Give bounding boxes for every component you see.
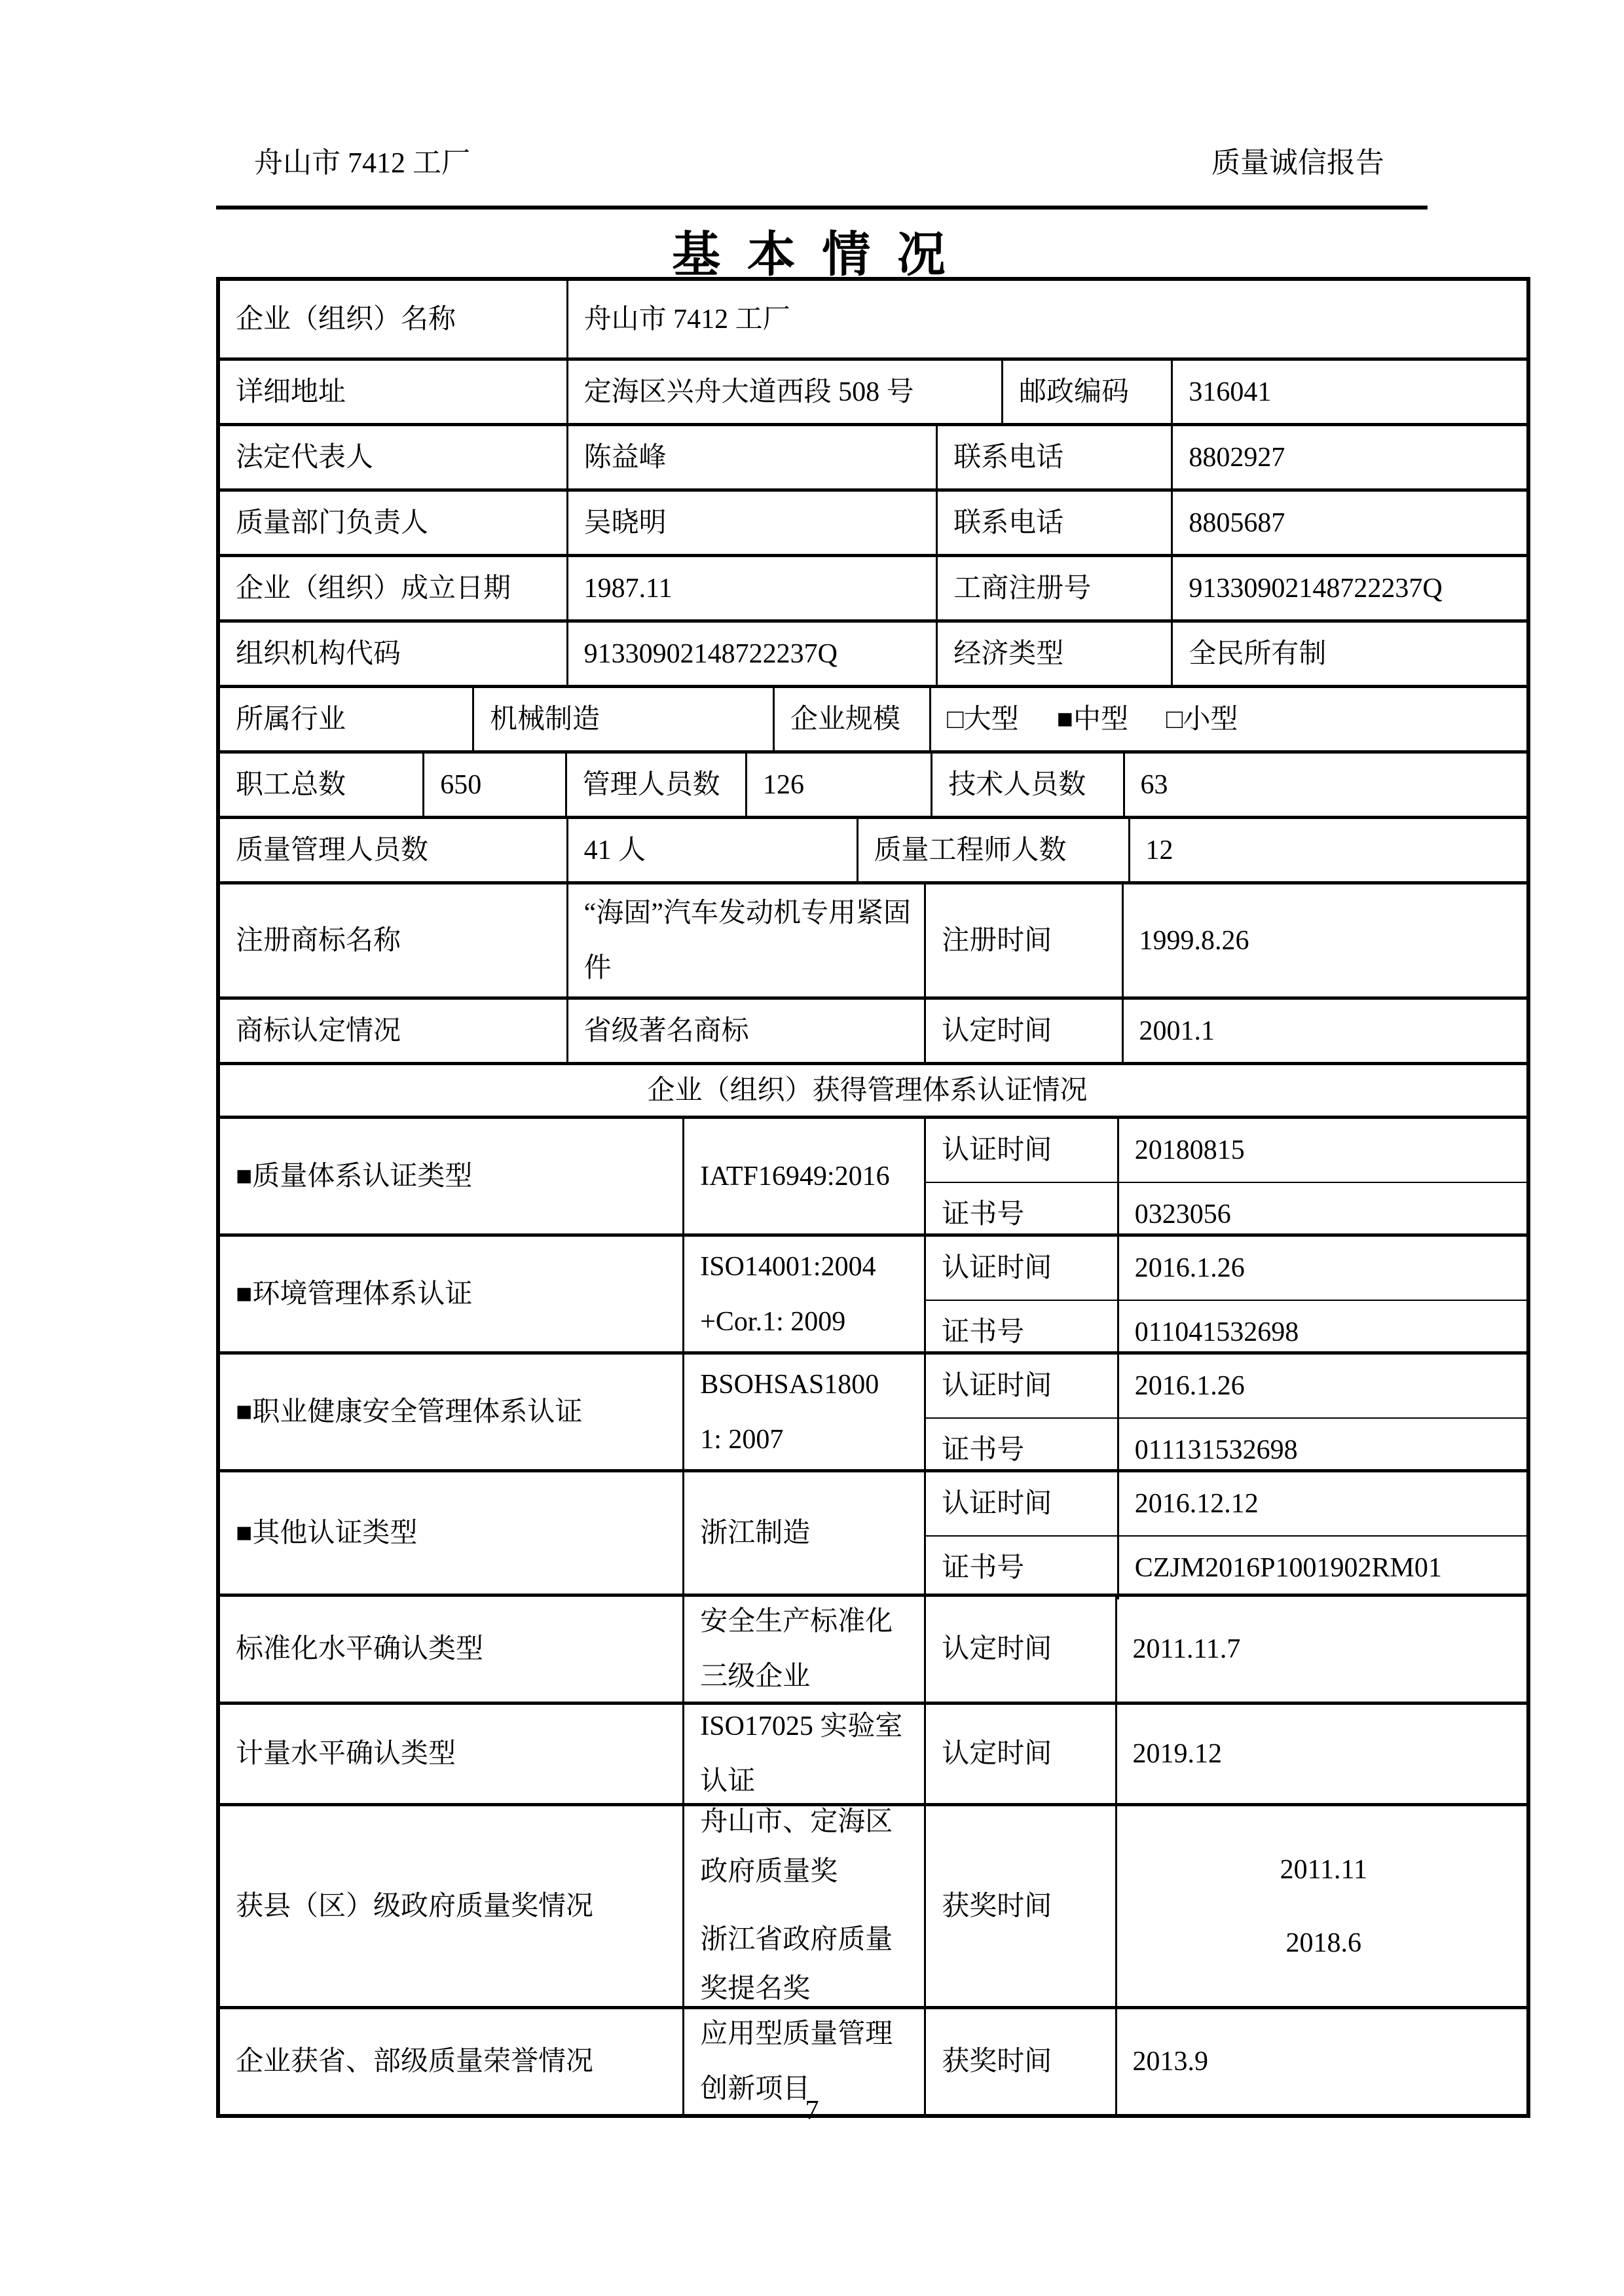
cert-other-time-value: 2016.12.12 <box>1117 1472 1526 1535</box>
county-award-time-2: 2018.6 <box>1286 1916 1362 1971</box>
metrology-value: ISO17025 实验室认证 <box>682 1705 924 1803</box>
legal-rep-phone-label: 联系电话 <box>936 426 1171 488</box>
county-award-time-1: 2011.11 <box>1280 1842 1367 1897</box>
zip-label: 邮政编码 <box>1001 361 1171 423</box>
cert-quality-time-subrow: 认证时间 20180815 <box>926 1119 1526 1182</box>
address-value: 定海区兴舟大道西段 508 号 <box>566 361 1001 423</box>
cert-other-value: 浙江制造 <box>682 1472 924 1594</box>
tm-status-label: 商标认定情况 <box>220 1000 566 1062</box>
cert-env-value: ISO14001:2004 +Cor.1: 2009 <box>682 1237 924 1351</box>
founded-value: 1987.11 <box>566 557 936 619</box>
table-row-std-level: 标准化水平确认类型 安全生产标准化三级企业 认定时间 2011.11.7 <box>220 1594 1526 1702</box>
cert-ohs-label: ■职业健康安全管理体系认证 <box>220 1355 682 1469</box>
std-level-time-value: 2011.11.7 <box>1115 1597 1526 1702</box>
cert-quality-time-label: 认证时间 <box>926 1119 1117 1182</box>
table-row-org-name: 企业（组织）名称 舟山市 7412 工厂 <box>220 281 1526 357</box>
table-row-industry: 所属行业 机械制造 企业规模 □大型 ■中型 □小型 <box>220 685 1526 750</box>
page-number: 7 <box>0 2095 1624 2126</box>
cert-other-time-label: 认证时间 <box>926 1472 1117 1535</box>
cert-quality-value: IATF16949:2016 <box>682 1119 924 1233</box>
econ-type-value: 全民所有制 <box>1171 623 1526 685</box>
legal-rep-value: 陈益峰 <box>566 426 936 488</box>
table-row-org-code: 组织机构代码 91330902148722237Q 经济类型 全民所有制 <box>220 619 1526 685</box>
table-row-county-award: 获县（区）级政府质量奖情况 舟山市、定海区政府质量奖 浙江省政府质量奖提名奖 获… <box>220 1803 1526 2006</box>
org-name-value: 舟山市 7412 工厂 <box>566 281 1526 357</box>
page-header: 舟山市 7412 工厂 质量诚信报告 <box>216 139 1428 181</box>
header-company-name: 舟山市 7412 工厂 <box>216 139 470 181</box>
table-row-qm-staff: 质量管理人员数 41 人 质量工程师人数 12 <box>220 816 1526 881</box>
cert-quality-right: 认证时间 20180815 证书号 0323056 <box>924 1119 1526 1233</box>
metrology-label: 计量水平确认类型 <box>220 1705 682 1803</box>
cert-env-label: ■环境管理体系认证 <box>220 1237 682 1351</box>
metrology-time-value: 2019.12 <box>1115 1705 1526 1803</box>
org-code-value: 91330902148722237Q <box>566 623 936 685</box>
industry-value: 机械制造 <box>472 688 773 750</box>
table-row-cert-quality: ■质量体系认证类型 IATF16949:2016 认证时间 20180815 证… <box>220 1116 1526 1233</box>
cert-quality-time-value: 20180815 <box>1117 1119 1526 1182</box>
tech-count-value: 63 <box>1123 754 1527 816</box>
table-row-tm-status: 商标认定情况 省级著名商标 认定时间 2001.1 <box>220 996 1526 1062</box>
county-award-value-1: 舟山市、定海区政府质量奖 <box>700 1798 912 1897</box>
county-award-value-2: 浙江省政府质量奖提名奖 <box>700 1916 912 2014</box>
econ-type-label: 经济类型 <box>936 623 1171 685</box>
cert-ohs-time-label: 认证时间 <box>926 1355 1117 1417</box>
table-row-metrology: 计量水平确认类型 ISO17025 实验室认证 认定时间 2019.12 <box>220 1702 1526 1803</box>
scale-option-medium-checkbox: ■中型 <box>1057 692 1128 747</box>
cert-section-title: 企业（组织）获得管理体系认证情况 <box>220 1065 1526 1116</box>
cert-other-certno-label: 证书号 <box>926 1537 1117 1599</box>
legal-rep-label: 法定代表人 <box>220 426 566 488</box>
manager-count-value: 126 <box>745 754 931 816</box>
table-row-address: 详细地址 定海区兴舟大道西段 508 号 邮政编码 316041 <box>220 357 1526 423</box>
county-award-label: 获县（区）级政府质量奖情况 <box>220 1806 682 2006</box>
header-report-title: 质量诚信报告 <box>1211 139 1428 181</box>
trademark-time-value: 1999.8.26 <box>1122 884 1526 996</box>
business-reg-value: 91330902148722237Q <box>1171 557 1526 619</box>
trademark-value: “海固”汽车发动机专用紧固件 <box>566 884 925 996</box>
scale-options-cell: □大型 ■中型 □小型 <box>929 688 1526 750</box>
org-code-label: 组织机构代码 <box>220 623 566 685</box>
trademark-time-label: 注册时间 <box>924 884 1121 996</box>
scale-label: 企业规模 <box>773 688 929 750</box>
document-page: 舟山市 7412 工厂 质量诚信报告 基 本 情 况 企业（组织）名称 舟山市 … <box>0 0 1624 2296</box>
cert-env-time-subrow: 认证时间 2016.1.26 <box>926 1237 1526 1300</box>
quality-engineer-label: 质量工程师人数 <box>857 819 1128 881</box>
page-title: 基 本 情 况 <box>0 216 1624 285</box>
table-row-cert-section: 企业（组织）获得管理体系认证情况 <box>220 1062 1526 1116</box>
metrology-time-label: 认定时间 <box>924 1705 1115 1803</box>
table-row-quality-head: 质量部门负责人 吴晓明 联系电话 8805687 <box>220 488 1526 554</box>
qm-staff-value: 41 人 <box>566 819 857 881</box>
tm-status-value: 省级著名商标 <box>566 1000 925 1062</box>
qm-staff-label: 质量管理人员数 <box>220 819 566 881</box>
org-name-label: 企业（组织）名称 <box>220 281 566 357</box>
business-reg-label: 工商注册号 <box>936 557 1171 619</box>
table-row-staff: 职工总数 650 管理人员数 126 技术人员数 63 <box>220 750 1526 816</box>
cert-env-right: 认证时间 2016.1.26 证书号 011041532698 <box>924 1237 1526 1351</box>
cert-ohs-right: 认证时间 2016.1.26 证书号 011131532698 <box>924 1355 1526 1469</box>
staff-total-value: 650 <box>422 754 564 816</box>
table-row-founded: 企业（组织）成立日期 1987.11 工商注册号 913309021487222… <box>220 554 1526 619</box>
tm-status-time-value: 2001.1 <box>1122 1000 1526 1062</box>
quality-head-phone-label: 联系电话 <box>936 492 1171 554</box>
cert-env-time-value: 2016.1.26 <box>1117 1237 1526 1300</box>
std-level-time-label: 认定时间 <box>924 1597 1115 1702</box>
table-row-trademark: 注册商标名称 “海固”汽车发动机专用紧固件 注册时间 1999.8.26 <box>220 881 1526 996</box>
cert-other-certno-value: CZJM2016P1001902RM01 <box>1117 1537 1526 1599</box>
tm-status-time-label: 认定时间 <box>924 1000 1121 1062</box>
cert-other-right: 认证时间 2016.12.12 证书号 CZJM2016P1001902RM01 <box>924 1472 1526 1594</box>
std-level-value: 安全生产标准化三级企业 <box>682 1597 924 1702</box>
cert-other-certno-subrow: 证书号 CZJM2016P1001902RM01 <box>926 1535 1526 1599</box>
table-row-cert-ohs: ■职业健康安全管理体系认证 BSOHSAS18001: 2007 认证时间 20… <box>220 1351 1526 1469</box>
tech-count-label: 技术人员数 <box>931 754 1122 816</box>
county-award-time-cell: 2011.11 2018.6 <box>1115 1806 1526 2006</box>
scale-option-large-checkbox: □大型 <box>947 692 1018 747</box>
zip-value: 316041 <box>1171 361 1526 423</box>
staff-total-label: 职工总数 <box>220 754 422 816</box>
quality-head-value: 吴晓明 <box>566 492 936 554</box>
quality-engineer-value: 12 <box>1128 819 1527 881</box>
table-row-legal-rep: 法定代表人 陈益峰 联系电话 8802927 <box>220 423 1526 488</box>
table-row-cert-other: ■其他认证类型 浙江制造 认证时间 2016.12.12 证书号 CZJM201… <box>220 1469 1526 1594</box>
cert-other-time-subrow: 认证时间 2016.12.12 <box>926 1472 1526 1535</box>
industry-label: 所属行业 <box>220 688 472 750</box>
trademark-label: 注册商标名称 <box>220 884 566 996</box>
cert-ohs-value: BSOHSAS18001: 2007 <box>682 1355 924 1469</box>
cert-quality-label: ■质量体系认证类型 <box>220 1119 682 1233</box>
scale-option-small-checkbox: □小型 <box>1166 692 1238 747</box>
std-level-label: 标准化水平确认类型 <box>220 1597 682 1702</box>
county-award-value-cell: 舟山市、定海区政府质量奖 浙江省政府质量奖提名奖 <box>682 1806 924 2006</box>
cert-ohs-time-subrow: 认证时间 2016.1.26 <box>926 1355 1526 1417</box>
quality-head-label: 质量部门负责人 <box>220 492 566 554</box>
address-label: 详细地址 <box>220 361 566 423</box>
quality-head-phone-value: 8805687 <box>1171 492 1526 554</box>
header-rule <box>216 206 1428 210</box>
manager-count-label: 管理人员数 <box>565 754 745 816</box>
basic-info-table: 企业（组织）名称 舟山市 7412 工厂 详细地址 定海区兴舟大道西段 508 … <box>216 277 1530 2118</box>
cert-env-time-label: 认证时间 <box>926 1237 1117 1300</box>
legal-rep-phone-value: 8802927 <box>1171 426 1526 488</box>
county-award-time-label: 获奖时间 <box>924 1806 1115 2006</box>
cert-other-label: ■其他认证类型 <box>220 1472 682 1594</box>
table-row-cert-env: ■环境管理体系认证 ISO14001:2004 +Cor.1: 2009 认证时… <box>220 1233 1526 1351</box>
founded-label: 企业（组织）成立日期 <box>220 557 566 619</box>
cert-ohs-time-value: 2016.1.26 <box>1117 1355 1526 1417</box>
